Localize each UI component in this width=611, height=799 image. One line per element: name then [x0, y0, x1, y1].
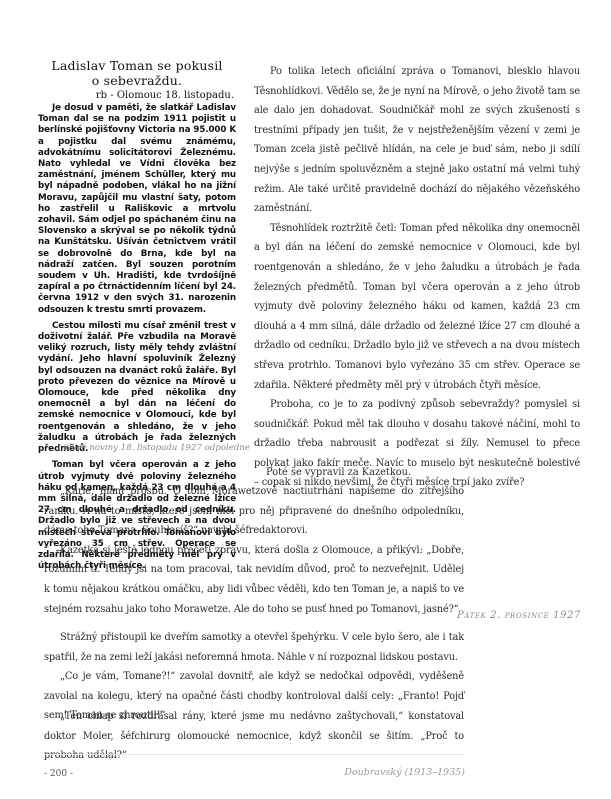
body-paragraph: „Ten chlap si rozdrásal rány, které jsme… [44, 707, 464, 766]
full-width-block-1: „Karle, mám prosbu. O tom Morawetzově na… [44, 482, 464, 619]
clipping-title-line1: Ladislav Toman se pokusil [38, 58, 236, 73]
clipping-dateline: rb - Olomouc 18. listopadu. [38, 89, 234, 102]
body-paragraph: „Karle, mám prosbu. O tom Morawetzově na… [44, 482, 464, 541]
clipping-title-line2: o sebevraždu. [38, 73, 236, 88]
full-width-block-3: „Ten chlap si rozdrásal rány, které jsme… [44, 707, 464, 766]
footer-divider [44, 754, 465, 755]
running-title: Doubravský (1913–1935) [344, 767, 465, 778]
body-paragraph: Kazetka si ještě jednou přečetl zprávu, … [44, 541, 464, 619]
clipping-paragraph: Cestou milosti mu císař změnil trest v d… [38, 321, 236, 455]
body-paragraph: Strážný přistoupil ke dveřím samotky a o… [44, 628, 464, 667]
page-number: - 200 - [44, 769, 73, 779]
book-page: Ladislav Toman se pokusil o sebevraždu. … [0, 0, 611, 799]
section-date-heading: Pátek 2. prosince 1927 [457, 610, 581, 621]
clipping-paragraph: Je dosud v paměti, že slatkář Ladislav T… [38, 103, 236, 316]
body-paragraph: Těsnohlídek roztržitě četl: Toman před n… [254, 219, 580, 395]
right-column-text: Po tolika letech oficiální zpráva o Toma… [254, 62, 580, 493]
body-paragraph: Po tolika letech oficiální zpráva o Toma… [254, 62, 580, 219]
clipping-caption: Lidové noviny 18. listopadu 1927 odpoled… [50, 443, 250, 453]
closing-line: Poté se vypravil za Kazetkou. [266, 463, 411, 483]
